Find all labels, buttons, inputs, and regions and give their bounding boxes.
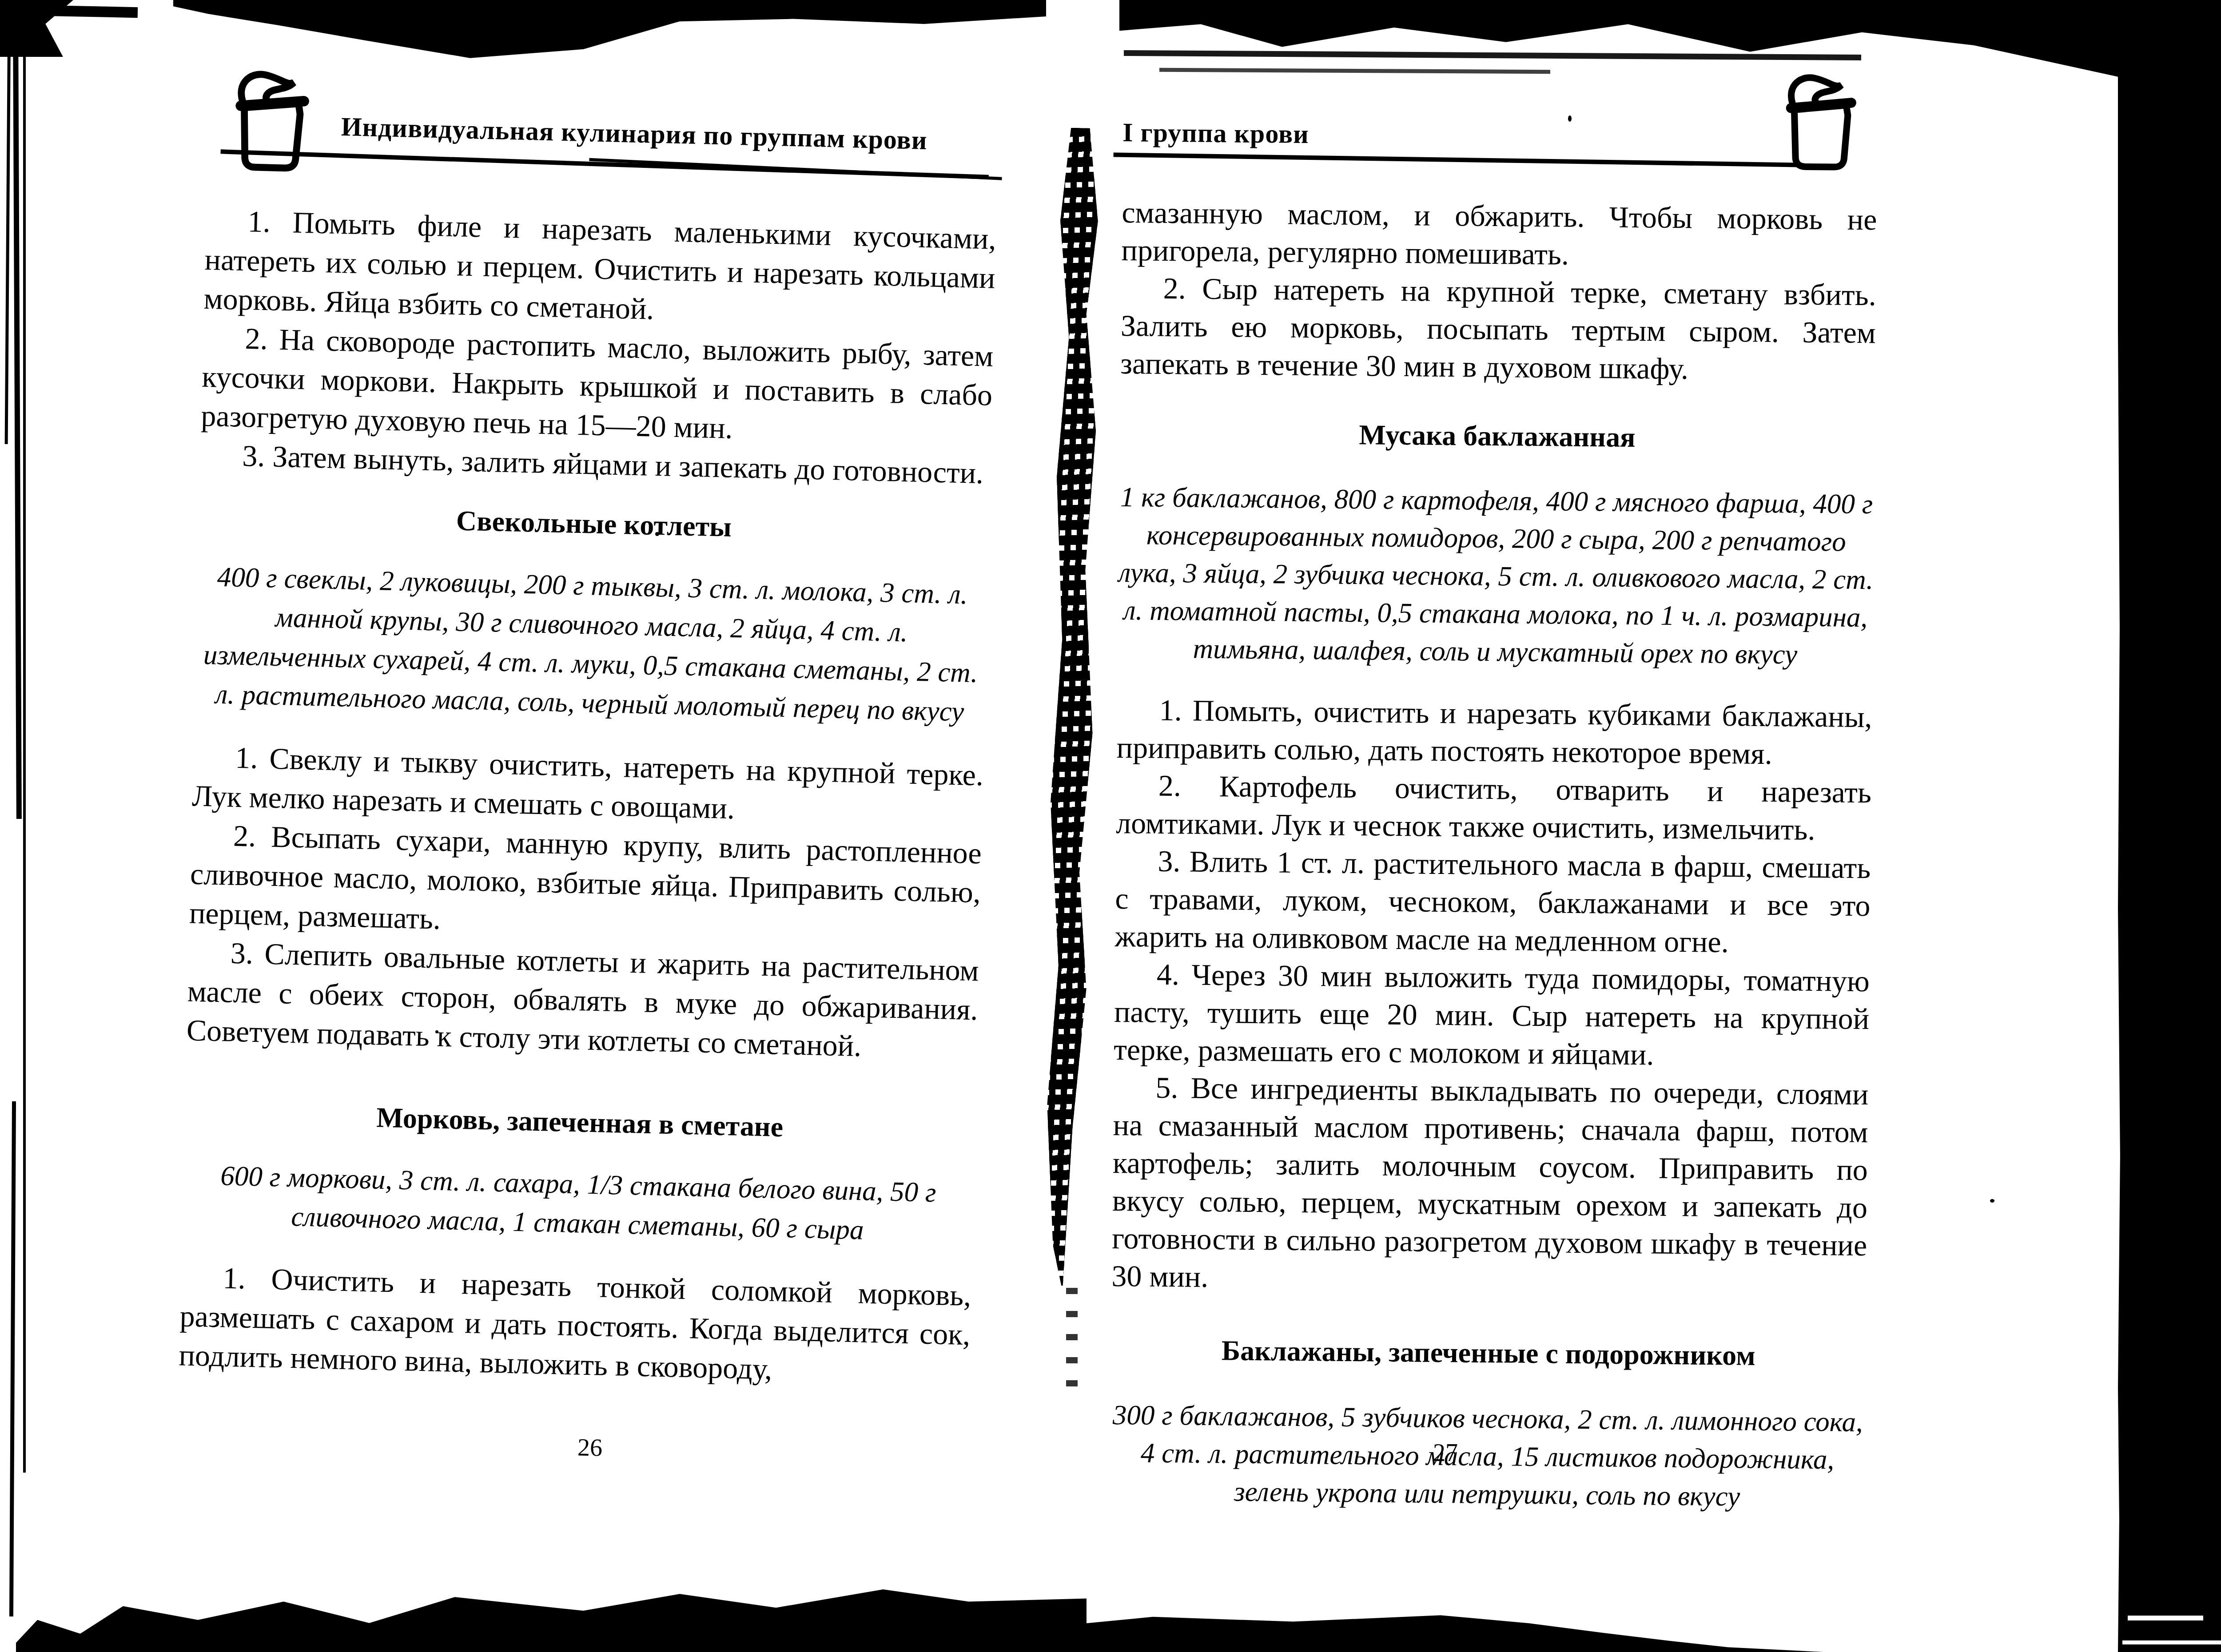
- recipe-ingredients: 1 кг баклажанов, 800 г картофеля, 400 г …: [1118, 478, 1875, 674]
- left-page-header-title: Индивидуальная кулинария по группам кров…: [341, 111, 927, 156]
- paragraph: 2. На сковороде растопить масло, выложит…: [201, 318, 994, 454]
- paragraph: 1. Помыть филе и нарезать маленькими кус…: [203, 201, 997, 337]
- page-right: I группа крови смазанную маслом, и обжар…: [1109, 91, 1878, 1517]
- paragraph: смазанную маслом, и обжарить. Чтобы морк…: [1121, 194, 1877, 276]
- scan-artifact-bottom-band-right: [1087, 1612, 1824, 1652]
- scan-artifact-left-streak: [13, 28, 22, 819]
- recipe-title: Баклажаны, запеченные с подорожником: [1110, 1332, 1866, 1374]
- paragraph: 4. Через 30 мин выложить туда помидоры, …: [1114, 955, 1870, 1076]
- recipe-title: Морковь, запеченная в сметане: [184, 1096, 975, 1149]
- scan-artifact-bottom-band-left: [16, 1576, 1087, 1652]
- scan-artifact-left-streak: [23, 43, 26, 1473]
- paragraph: 5. Все ингредиенты выкладывать по очеред…: [1111, 1068, 1869, 1302]
- scan-artifact-left-streak: [9, 1101, 16, 1616]
- paragraph: 3. Влить 1 ст. л. растительного масла в …: [1114, 842, 1871, 962]
- book-gutter-shadow: [1043, 127, 1102, 1291]
- scan-artifact-notch: [2128, 1616, 2203, 1620]
- scan-artifact-notch: [2122, 1640, 2221, 1644]
- paragraph: 3. Слепить овальные котлеты и жарить на …: [186, 932, 979, 1068]
- scan-artifact-top-band-left: [173, 0, 1046, 63]
- right-page-header-title: I группа крови: [1122, 117, 1309, 150]
- page-number-left: 26: [577, 1434, 602, 1462]
- scan-artifact-top-streak: [1159, 68, 1550, 74]
- cooking-pot-icon: [1767, 71, 1875, 172]
- right-running-head: I группа крови: [1122, 91, 1878, 183]
- cooking-pot-icon: [215, 67, 329, 174]
- paragraph: 1. Очистить и нарезать тонкой соломкой м…: [179, 1257, 972, 1393]
- page-left: Индивидуальная кулинария по группам кров…: [179, 87, 999, 1393]
- paragraph: 2. Сыр натереть на крупной терке, сметан…: [1120, 269, 1876, 389]
- paragraph: 1. Помыть, очистить и нарезать кубиками …: [1116, 691, 1872, 774]
- scan-artifact-dash-top-left: [42, 5, 138, 18]
- right-page-body: смазанную маслом, и обжарить. Чтобы морк…: [1109, 194, 1877, 1517]
- page-number-right: 27: [1433, 1439, 1458, 1467]
- book-scan-spread: Индивидуальная кулинария по группам кров…: [0, 0, 2221, 1652]
- paragraph: 2. Всыпать сухари, манную крупу, влить р…: [189, 815, 982, 951]
- book-gutter-shadow-tail: [1066, 1288, 1078, 1403]
- left-page-body: 1. Помыть филе и нарезать маленькими кус…: [179, 201, 997, 1393]
- scan-artifact-left-streak: [5, 18, 11, 444]
- scan-artifact-right-band: [2118, 0, 2221, 1652]
- recipe-ingredients: 400 г свеклы, 2 луковицы, 200 г тыквы, 3…: [194, 557, 988, 732]
- header-rule: [589, 158, 1002, 180]
- recipe-ingredients: 600 г моркови, 3 ст. л. сахара, 1/3 стак…: [182, 1155, 974, 1252]
- header-rule: [1114, 153, 1842, 168]
- recipe-title: Свекольные котлеты: [198, 497, 989, 551]
- scan-artifact-top-streak: [1124, 50, 1861, 60]
- recipe-ingredients: 300 г баклажанов, 5 зубчиков чеснока, 2 …: [1109, 1396, 1865, 1517]
- paragraph: 2. Картофель очистить, отварить и нареза…: [1116, 766, 1872, 849]
- left-running-head: Индивидуальная кулинария по группам кров…: [207, 87, 999, 190]
- scan-speck: [1990, 1199, 1994, 1203]
- recipe-title: Мусака баклажанная: [1119, 415, 1875, 457]
